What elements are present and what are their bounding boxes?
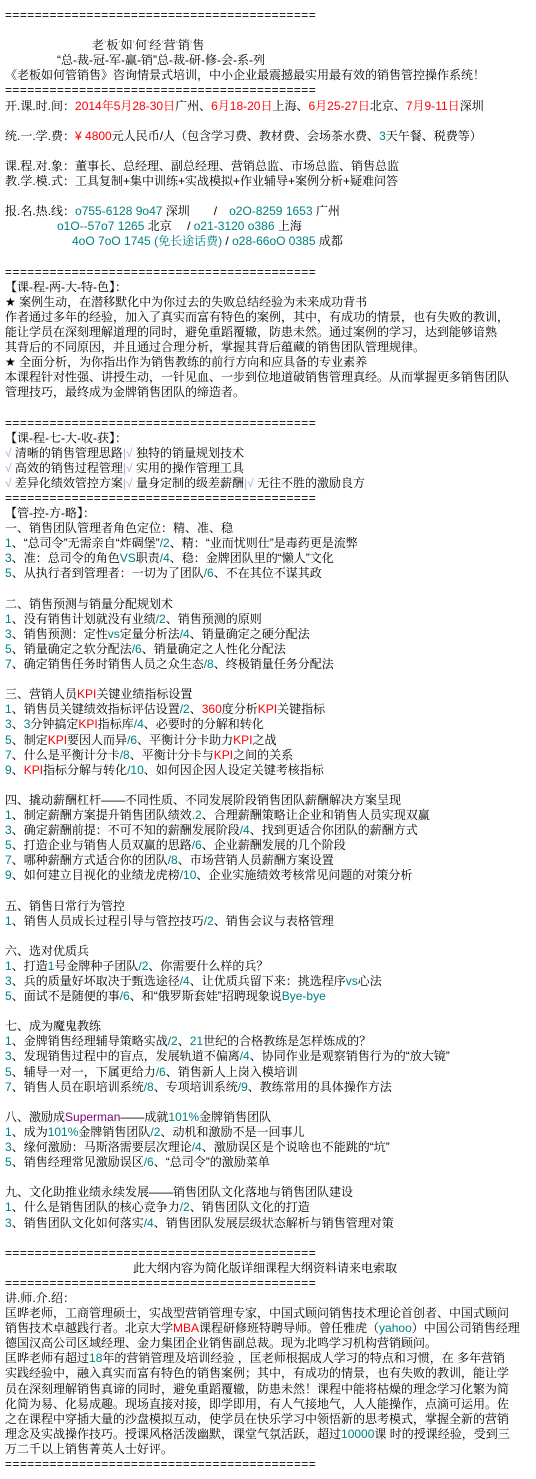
text-segment: 、企业薪酬发展的几个阶段 <box>202 838 346 852</box>
text-segment: KPI <box>233 733 252 747</box>
text-segment: 【课-程-两-大-特-色】： <box>5 280 127 294</box>
text-segment: /10 <box>127 763 144 777</box>
text-segment: 、没有销售计划就没有业绩 <box>12 612 156 626</box>
text-segment: 、销售会议与表格管理 <box>214 914 334 928</box>
text-segment: /6 <box>204 566 214 580</box>
lecturer-heading: 讲.师.介.绍： <box>0 1291 536 1306</box>
text-segment: MBA <box>173 1321 199 1335</box>
text-segment: 定量分析法 <box>120 627 180 641</box>
separator-glyphs: ========================================… <box>5 1246 316 1260</box>
text-segment: 之战 <box>252 733 276 747</box>
text-segment: 3 <box>379 129 386 143</box>
text-segment: 5 <box>5 1065 12 1079</box>
outline-item: 3、兵的质量好坏取决于甄选途径/4、让优质兵留下来：挑选程序vs心法 <box>0 974 536 989</box>
text-segment: 、协同作业是观察销售行为的“放大镜” <box>250 1049 450 1063</box>
text-segment: 3 <box>5 1140 12 1154</box>
text-segment: 、销售团队文化如何落实 <box>12 1216 144 1230</box>
text-segment: 之在课程中穿插大量的沙盘模拟互动，使学员在快乐学习中领悟新的思考模式，掌握全新的… <box>5 1412 509 1426</box>
text-segment: 、销售团队文化的打造 <box>190 1200 310 1214</box>
text-segment: |√ <box>123 461 133 475</box>
outline-item: 1、成为101%金牌销售团队/2、动机和激励不是一回事儿 <box>0 1125 536 1140</box>
text-segment: 课程研修班特聘导师。曾任雅虎（ <box>199 1321 379 1335</box>
text-segment: /4 <box>160 551 170 565</box>
text-segment: 、稳：金牌团队里的“懒人”文化 <box>170 551 334 565</box>
text-segment: 关键指标 <box>277 702 325 716</box>
text-segment: 4oO 7oO 1745 <box>72 234 151 248</box>
text-segment: 【管-控-方-略】： <box>5 506 95 520</box>
text-segment: 六、选对优质兵 <box>5 944 89 958</box>
separator-line: ========================================… <box>0 416 536 431</box>
text-segment: 21 <box>190 1034 203 1048</box>
text-segment: 、销售员关键绩效指标评估设置 <box>12 702 180 716</box>
document-body: ========================================… <box>0 0 536 1472</box>
blank-line <box>0 672 536 687</box>
text-segment: √ <box>5 446 15 460</box>
separator-line: ========================================… <box>0 1457 536 1472</box>
text-segment: 讲.师.介.绍： <box>5 1291 75 1305</box>
text-segment: vs <box>108 627 120 641</box>
hotline-line-2: o1O--57o7 1265 北京 / o21-3120 o386 上海 <box>0 219 536 234</box>
outline-heading-8: 八、激励成Superman——成就101%金牌销售团队 <box>0 1110 536 1125</box>
text-segment: 、必要时的分解和转化 <box>144 717 264 731</box>
lecturer-text: 理念及实战操作技巧。授课风格活泼幽默，课堂气氛活跃，超过10000课 时的授课经… <box>0 1427 536 1442</box>
lecturer-text: 德国汉高公司区域经理、金力集团企业销售副总裁。现为北鸣学习机构营销顾问。 <box>0 1336 536 1351</box>
text-segment: 其背后的不同原因，并且通过合理分析，掌握其背后蕴藏的销售团队管理规律。 <box>5 340 425 354</box>
text-segment: 、销量确定之人性化分配法 <box>142 642 286 656</box>
text-segment: 、合理薪酬策略让企业和销售人员实现双赢 <box>202 808 430 822</box>
text-segment: 、面试不是随便的事 <box>12 989 120 1003</box>
text-segment: 统.一.学.费： <box>5 129 75 143</box>
text-segment: 、什么是销售团队的核心竞争力 <box>12 1200 180 1214</box>
text-segment: Bye-bye <box>282 989 326 1003</box>
text-segment: 号金牌种子团队 <box>54 959 138 973</box>
text-segment: ★ 案例生动，在潜移默化中为你过去的失败总结经验为未来成功背书 <box>5 295 367 309</box>
gain-line: √ 差异化绩效管控方案|√ 量身定制的级差薪酬|√ 无往不胜的激励良方 <box>0 476 536 491</box>
outline-item: 5、从执行者到管理者：一切为了团队/6、不在其位不谋其政 <box>0 566 536 581</box>
text-segment: 销 <box>178 38 190 52</box>
text-segment: KPI <box>78 717 97 731</box>
hotline-line-1: 报.名.热.线：o755-6128 9o47 深圳 / o2O-8259 165… <box>0 204 536 219</box>
text-segment: 、确定薪酬前提：不可不知的薪酬发展阶段 <box>12 823 240 837</box>
lecturer-text: 之在课程中穿插大量的沙盘模拟互动，使学员在快乐学习中领悟新的思考模式，掌握全新的… <box>0 1412 536 1427</box>
text-segment: /4 <box>240 1049 250 1063</box>
text-segment: 金牌销售团队 <box>78 1125 150 1139</box>
blank-line <box>0 250 536 265</box>
text-segment: 金牌销售团队 <box>199 1110 271 1124</box>
section-heading-gains: 【课-程-七-大-收-获】： <box>0 431 536 446</box>
text-segment: 清晰的销售管理思路 <box>15 446 123 460</box>
outline-item: 3、缘何激励：马斯洛需要层次理论/4、激励误区是个说啥也不能跳的“坑” <box>0 1140 536 1155</box>
text-segment: 化简为易、化易成趣。现场直接对接，即学即用，有人气接地气，人人能操作，点滴可运用… <box>5 1397 509 1411</box>
text-segment: 、销量确定之硬分配法 <box>190 627 310 641</box>
text-segment: 、 <box>12 717 24 731</box>
text-segment: 作者通过多年的经验，加入了真实而富有特色的案例，其中，有成功的情景，也有失败的教… <box>5 310 509 324</box>
outline-heading-6: 六、选对优质兵 <box>0 944 536 959</box>
outline-item: 3、发现销售过程中的盲点，发展轨道不偏离/4、协同作业是观察销售行为的“放大镜” <box>0 1049 536 1064</box>
outline-heading-7: 七、成为魔鬼教练 <box>0 1019 536 1034</box>
hotline-line-3: 4oO 7oO 1745 (免长途话费) / o28-66oO 0385 成都 <box>0 234 536 249</box>
text-segment: KPI <box>258 702 277 716</box>
blank-line <box>0 929 536 944</box>
text-segment: 1 <box>5 612 12 626</box>
text-segment: /9 <box>238 1080 248 1094</box>
text-segment: 1 <box>5 536 12 550</box>
outline-item: 7、销售人员在职培训系统/8、专项培训系统/9、教练常用的具体操作方法 <box>0 1080 536 1095</box>
text-segment: 、 <box>190 702 202 716</box>
text-segment: /6 <box>156 1065 166 1079</box>
text-line: 管理技巧，最终成为金牌销售团队的缔造者。 <box>0 385 536 400</box>
text-segment: 、发现销售过程中的盲点，发展轨道不偏离 <box>12 1049 240 1063</box>
text-segment: 、制定薪酬方案提升销售团队绩效 <box>12 808 192 822</box>
text-segment: 分钟搞定 <box>30 717 78 731</box>
text-segment: 管理技巧，最终成为金牌销售团队的缔造者。 <box>5 385 245 399</box>
text-segment: o1O--57o7 1265 <box>57 219 144 233</box>
separator-glyphs: ========================================… <box>5 265 316 279</box>
text-segment: .2 <box>192 808 202 822</box>
text-segment: /8 <box>204 657 214 671</box>
text-segment: 、终极销量任务分配法 <box>214 657 334 671</box>
text-segment: o21-3120 o386 <box>194 219 275 233</box>
text-segment: 课 时的授课经验，受到三 <box>374 1427 509 1441</box>
text-segment: 开.课.时.间： <box>5 99 75 113</box>
text-segment: 售 <box>192 38 204 52</box>
text-segment: “总-裁-冠-军-赢-销”总-裁-研-修-会-系-列 <box>57 53 265 67</box>
schedule-line: 开.课.时.间：2014年5月28-30日广州、6月18-20日上海、6月25-… <box>0 99 536 114</box>
text-segment: 、激励误区是个说啥也不能跳的“坑” <box>202 1140 390 1154</box>
separator-glyphs: ========================================… <box>5 1276 316 1290</box>
text-segment: 、平衡计分卡助力 <box>137 733 233 747</box>
text-line: 其背后的不同原因，并且通过合理分析，掌握其背后蕴藏的销售团队管理规律。 <box>0 340 536 355</box>
text-segment: 板 <box>106 38 118 52</box>
separator-line: ========================================… <box>0 83 536 98</box>
text-segment: 关键业绩指标设置 <box>96 687 192 701</box>
separator-glyphs: ========================================… <box>5 491 316 505</box>
text-segment: 9 <box>5 868 12 882</box>
outline-heading-5: 五、销售日常行为管控 <box>0 899 536 914</box>
text-segment: 指标分解与转化 <box>43 763 127 777</box>
text-segment: /2 <box>160 536 170 550</box>
text-segment: 5 <box>5 566 12 580</box>
text-segment: 度分析 <box>222 702 258 716</box>
text-segment: /6 <box>120 989 130 1003</box>
text-segment: 10000 <box>341 1427 374 1441</box>
text-segment: /2 <box>150 1125 160 1139</box>
text-segment: 无往不胜的激励良方 <box>254 476 365 490</box>
text-segment: 实践经验中，融入真实而富有特色的销售案例；其中，有成功的情景，也有失败的教训，能… <box>5 1366 509 1380</box>
text-segment: vs <box>346 974 358 988</box>
text-segment: 指标库 <box>98 717 134 731</box>
blank-line <box>0 189 536 204</box>
page-title: 老'板'如'何'经'营'销'售 <box>0 38 536 53</box>
fee-line: 统.一.学.费：¥ 4800元人民币/人（包含学习费、教材费、会场茶水费、3天午… <box>0 129 536 144</box>
text-segment: 360 <box>202 702 222 716</box>
blank-line <box>0 1095 536 1110</box>
text-line: 能让学员在深刻理解道理的同时，避免重蹈覆辙，防患未然。通过案例的学习，达到能够谙… <box>0 325 536 340</box>
text-segment: 营 <box>164 38 176 52</box>
outline-item: 3、确定薪酬前提：不可不知的薪酬发展阶段/4、找到更适合你团队的薪酬方式 <box>0 823 536 838</box>
text-segment: 、销售预测的原则 <box>166 612 262 626</box>
text-segment: 、销售人员成长过程引导与管控技巧 <box>12 914 204 928</box>
text-segment: 要因人而异 <box>67 733 127 747</box>
text-segment: 、打造企业与销售人员双赢的思路 <box>12 838 192 852</box>
text-segment: 三、营销人员 <box>5 687 77 701</box>
text-segment: 1 <box>5 959 12 973</box>
blank-line <box>0 114 536 129</box>
outline-item: 5、销量确定之软分配法/6、销量确定之人性化分配法 <box>0 642 536 657</box>
gain-line: √ 高效的销售过程管理|√ 实用的操作管理工具 <box>0 461 536 476</box>
text-segment: /2 <box>156 612 166 626</box>
text-segment: 、销售团队发展层级状态解析与销售管理对策 <box>154 1216 394 1230</box>
text-segment: 天午餐、税费等） <box>386 129 482 143</box>
text-segment: 理念及实战操作技巧。授课风格活泼幽默，课堂气氛活跃，超过 <box>5 1427 341 1441</box>
text-segment: 、平衡计分卡与 <box>130 748 214 762</box>
text-line: 本课程针对性强、讲授生动，一针见血、一步到位地道破销售管理真经。从而掌握更多销售… <box>0 370 536 385</box>
text-segment: 、制定 <box>12 733 48 747</box>
outline-item: 1、打造1号金牌种子团队/2、你需要什么样的兵？ <box>0 959 536 974</box>
separator-line: ========================================… <box>0 491 536 506</box>
text-segment: 、不在其位不谋其政 <box>214 566 322 580</box>
blank-line <box>0 1170 536 1185</box>
text-segment: |√ <box>123 476 133 490</box>
text-segment: 五、销售日常行为管控 <box>5 899 125 913</box>
lecturer-text: 匡晔老师，工商管理硕士，实战型营销管理专家，中国式顾问销售技术理论首创者、中国式… <box>0 1306 536 1321</box>
text-segment: 、市场营销人员薪酬方案设置 <box>178 853 334 867</box>
outline-item: 1、什么是销售团队的核心竞争力/2、销售团队文化的打造 <box>0 1200 536 1215</box>
outline-item: 1、“总司令”无需亲自“炸碉堡”/2、精：“业而忧则仕”是毒药更是流弊 <box>0 536 536 551</box>
text-segment: 何 <box>135 38 147 52</box>
text-segment: 101% <box>168 1110 199 1124</box>
text-segment: 之间的关系 <box>233 748 293 762</box>
separator-glyphs: ========================================… <box>5 1457 316 1471</box>
outline-item: 1、制定薪酬方案提升销售团队绩效.2、合理薪酬策略让企业和销售人员实现双赢 <box>0 808 536 823</box>
separator-line: ========================================… <box>0 8 536 23</box>
text-line: 作者通过多年的经验，加入了真实而富有特色的案例，其中，有成功的情景，也有失败的教… <box>0 310 536 325</box>
text-segment: 高效的销售过程管理 <box>15 461 123 475</box>
text-segment: Superman <box>65 1110 120 1124</box>
text-segment: 、销售人员在职培训系统 <box>12 1080 144 1094</box>
outline-item: 5、销售经理常见激励误区/6、“总司令”的激励菜单 <box>0 1155 536 1170</box>
outline-item: 1、销售人员成长过程引导与管控技巧/2、销售会议与表格管理 <box>0 914 536 929</box>
text-segment: 5 <box>5 838 12 852</box>
text-segment: /6 <box>127 733 137 747</box>
outline-item: 9、KPI指标分解与转化/10、如何因企因人设定关键考核指标 <box>0 763 536 778</box>
text-segment: /8 <box>168 853 178 867</box>
outline-heading-9: 九、文化助推业绩永续发展——销售团队文化落地与销售团队建设 <box>0 1185 536 1200</box>
text-segment: /4 <box>240 823 250 837</box>
text-segment: ）中国公司销售经理 <box>412 1321 520 1335</box>
lecturer-text: 万二千以上销售菁英人士好评。 <box>0 1442 536 1457</box>
text-segment: 九、文化助推业绩永续发展——销售团队文化落地与销售团队建设 <box>5 1185 353 1199</box>
blank-line <box>0 883 536 898</box>
text-segment: 万二千以上销售菁英人士好评。 <box>5 1442 173 1456</box>
text-segment: /8 <box>120 748 130 762</box>
text-segment: 、销售预测：定性 <box>12 627 108 641</box>
text-segment: 5 <box>5 1155 12 1169</box>
outline-note-line: 此大纲内容为简化版详细课程大纲资料请来电索取 <box>0 1261 536 1276</box>
text-segment: |√ <box>244 476 254 490</box>
text-segment: 匡晔老师有超过 <box>5 1351 89 1365</box>
blank-line <box>0 778 536 793</box>
text-segment: 、哪种薪酬方式适合你的团队 <box>12 853 168 867</box>
text-segment: /6 <box>192 838 202 852</box>
text-segment: /4 <box>144 1216 154 1230</box>
text-segment: 二、销售预测与销量分配规划术 <box>5 597 173 611</box>
separator-line: ========================================… <box>0 1246 536 1261</box>
text-segment: o2O-8259 1653 <box>229 204 312 218</box>
text-segment: 、企业实施绩效考核常见问题的对策分析 <box>196 868 412 882</box>
text-segment: 差异化绩效管控方案 <box>15 476 123 490</box>
outline-item: 1、销售员关键绩效指标评估设置/2、360度分析KPI关键指标 <box>0 702 536 717</box>
text-segment: 报.名.热.线： <box>5 204 75 218</box>
text-segment: 、金牌销售经理辅导策略实战 <box>12 1034 168 1048</box>
text-segment: ¥ 4800 <box>75 129 112 143</box>
text-segment: 1 <box>5 808 12 822</box>
separator-glyphs: ========================================… <box>5 83 316 97</box>
text-segment: 、 <box>178 1034 190 1048</box>
text-segment: KPI <box>77 687 96 701</box>
text-segment: 7 <box>5 748 12 762</box>
text-segment: / <box>222 234 232 248</box>
text-segment: 上海 <box>275 219 302 233</box>
blank-line <box>0 1004 536 1019</box>
text-segment: 本课程针对性强、讲授生动，一针见血、一步到位地道破销售管理真经。从而掌握更多销售… <box>5 370 509 384</box>
text-segment: 实用的操作管理工具 <box>133 461 244 475</box>
text-segment: 经 <box>149 38 161 52</box>
text-segment: 、销量确定之软分配法 <box>12 642 132 656</box>
section-heading-outline: 【管-控-方-略】： <box>0 506 536 521</box>
text-segment: o28-66oO 0385 <box>232 234 315 248</box>
feature-line: ★ 案例生动，在潜移默化中为你过去的失败总结经验为未来成功背书 <box>0 295 536 310</box>
lecturer-text: 实践经验中，融入真实而富有特色的销售案例；其中，有成功的情景，也有失败的教训，能… <box>0 1366 536 1381</box>
intro-line: 《老板如何管销售》咨询情景式培训，中小企业最震撼最实用最有效的销售管控操作系统！ <box>0 68 536 83</box>
section-heading-features: 【课-程-两-大-特-色】： <box>0 280 536 295</box>
text-segment: 世纪的合格教练是怎样炼成的？ <box>203 1034 371 1048</box>
text-segment: 、如何建立目视化的业绩龙虎榜 <box>12 868 180 882</box>
text-segment: 2014年5月28-30日 <box>75 99 175 113</box>
blank-line <box>0 23 536 38</box>
text-segment: 6月25-27日 <box>308 99 369 113</box>
lecturer-text: 匡晔老师有超过18年的营销管理及培训经验 ，匡老师根据成人学习的特点和习惯，在 … <box>0 1351 536 1366</box>
text-segment: (免长途话费) <box>154 234 222 248</box>
text-segment: √ <box>5 461 15 475</box>
text-segment: yahoo <box>379 1321 412 1335</box>
text-segment: 四、撬动薪酬杠杆——不同性质、不同发展阶段销售团队薪酬解决方案呈现 <box>5 793 401 807</box>
text-segment: 101% <box>48 1125 79 1139</box>
text-segment: 1 <box>5 1034 12 1048</box>
outline-item: 5、制定KPI要因人而异/6、平衡计分卡助力KPI之战 <box>0 733 536 748</box>
text-segment: 3 <box>5 823 12 837</box>
text-segment: 、你需要什么样的兵？ <box>148 959 268 973</box>
text-segment: /4 <box>192 1140 202 1154</box>
text-segment: 《老板如何管销售》咨询情景式培训，中小企业最震撼最实用最有效的销售管控操作系统！ <box>5 68 485 82</box>
blank-line <box>0 582 536 597</box>
text-segment: /6 <box>132 642 142 656</box>
text-segment: 员在深刻理解销售真谛的同时，避免重蹈覆辙，防患未然！课程中能将枯燥的理念学习化繁… <box>5 1382 509 1396</box>
outline-heading-3: 三、营销人员KPI关键业绩指标设置 <box>0 687 536 702</box>
text-segment: 深圳 / <box>162 204 229 218</box>
text-segment: ★ 全面分析，为你指出作为销售教练的前行方向和应具备的专业素养 <box>5 355 367 369</box>
outline-item: 7、哪种薪酬方式适合你的团队/8、市场营销人员薪酬方案设置 <box>0 853 536 868</box>
text-segment: 、确定销售任务时销售人员之众生态 <box>12 657 204 671</box>
text-segment: 量身定制的级差薪酬 <box>133 476 244 490</box>
text-segment: 、销售经理常见激励误区 <box>12 1155 144 1169</box>
text-segment: /4 <box>134 717 144 731</box>
outline-item: 7、什么是平衡计分卡/8、平衡计分卡与KPI之间的关系 <box>0 748 536 763</box>
text-segment: ——成就 <box>120 1110 168 1124</box>
outline-item: 1、没有销售计划就没有业绩/2、销售预测的原则 <box>0 612 536 627</box>
series-subtitle: “总-裁-冠-军-赢-销”总-裁-研-修-会-系-列 <box>0 53 536 68</box>
separator-glyphs: ========================================… <box>5 416 316 430</box>
text-segment: 【课-程-七-大-收-获】： <box>5 431 127 445</box>
text-segment: 7月9-11日 <box>406 99 460 113</box>
text-segment: 一、销售团队管理者角色定位：精、准、稳 <box>5 521 233 535</box>
text-segment: 5 <box>5 642 12 656</box>
text-segment: 1 <box>5 914 12 928</box>
text-segment: 成都 <box>316 234 343 248</box>
outline-item: 1、金牌销售经理辅导策略实战/2、21世纪的合格教练是怎样炼成的？ <box>0 1034 536 1049</box>
text-segment: 3 <box>5 717 12 731</box>
text-segment: 7 <box>5 1080 12 1094</box>
text-segment: KPI <box>48 733 67 747</box>
text-segment: /8 <box>144 1080 154 1094</box>
text-segment: 6月18-20日 <box>211 99 272 113</box>
text-segment: 3 <box>5 551 12 565</box>
text-segment: 、“总司令”的激励菜单 <box>154 1155 270 1169</box>
text-segment: 德国汉高公司区域经理、金力集团企业销售副总裁。现为北鸣学习机构营销顾问。 <box>5 1336 437 1350</box>
outline-item: 5、面试不是随便的事/6、和“俄罗斯套娃”招聘现象说Bye-bye <box>0 989 536 1004</box>
text-segment: 、如何因企因人设定关键考核指标 <box>144 763 324 777</box>
text-segment: 、销售新人上岗入模培训 <box>166 1065 298 1079</box>
text-segment: 、成为 <box>12 1125 48 1139</box>
text-segment: 匡晔老师，工商管理硕士，实战型营销管理专家，中国式顾问销售技术理论首创者、中国式… <box>5 1306 509 1320</box>
text-segment: 独特的销量规划技术 <box>133 446 244 460</box>
text-segment: /10 <box>180 868 197 882</box>
text-segment: VS <box>120 551 136 565</box>
text-segment: 、兵的质量好坏取决于甄选途径 <box>12 974 180 988</box>
text-segment: 1 <box>5 1200 12 1214</box>
text-segment: 1 <box>5 1125 12 1139</box>
text-segment: 教.学.模.式：工具复制+集中训练+实战模拟+作业辅导+案例分析+疑难问答 <box>5 174 398 188</box>
text-segment: 7 <box>5 657 12 671</box>
text-segment: 、从执行者到管理者：一切为了团队 <box>12 566 204 580</box>
text-segment: 18 <box>89 1351 102 1365</box>
text-segment: 5 <box>5 733 12 747</box>
text-segment: 3 <box>5 1216 12 1230</box>
text-segment: /2 <box>204 914 214 928</box>
text-segment: /4 <box>180 974 190 988</box>
text-segment: o755-6128 9o47 <box>75 204 162 218</box>
text-segment: 广州 <box>313 204 340 218</box>
feature-line: ★ 全面分析，为你指出作为销售教练的前行方向和应具备的专业素养 <box>0 355 536 370</box>
text-segment: 3 <box>5 627 12 641</box>
text-segment: 、精：“业而忧则仕”是毒药更是流弊 <box>170 536 358 550</box>
outline-item: 3、销售团队文化如何落实/4、销售团队发展层级状态解析与销售管理对策 <box>0 1216 536 1231</box>
text-segment: 北京、 <box>370 99 406 113</box>
outline-item: 9、如何建立目视化的业绩龙虎榜/10、企业实施绩效考核常见问题的对策分析 <box>0 868 536 883</box>
text-segment: 销售技术卓越践行者。北京大学 <box>5 1321 173 1335</box>
text-segment: 广州、 <box>175 99 211 113</box>
separator-line: ========================================… <box>0 265 536 280</box>
text-segment: /2 <box>168 1034 178 1048</box>
text-segment: 、打造 <box>12 959 48 973</box>
separator-line: ========================================… <box>0 1276 536 1291</box>
outline-item: 3、3分钟搞定KPI指标库/4、必要时的分解和转化 <box>0 717 536 732</box>
outline-item: 5、打造企业与销售人员双赢的思路/6、企业薪酬发展的几个阶段 <box>0 838 536 853</box>
text-segment: KPI <box>24 763 43 777</box>
audience-line: 课.程.对.象：董事长、总经理、副总经理、营销总监、市场总监、销售总监 <box>0 159 536 174</box>
text-segment: 、教练常用的具体操作方法 <box>248 1080 392 1094</box>
text-segment: 1 <box>5 702 12 716</box>
